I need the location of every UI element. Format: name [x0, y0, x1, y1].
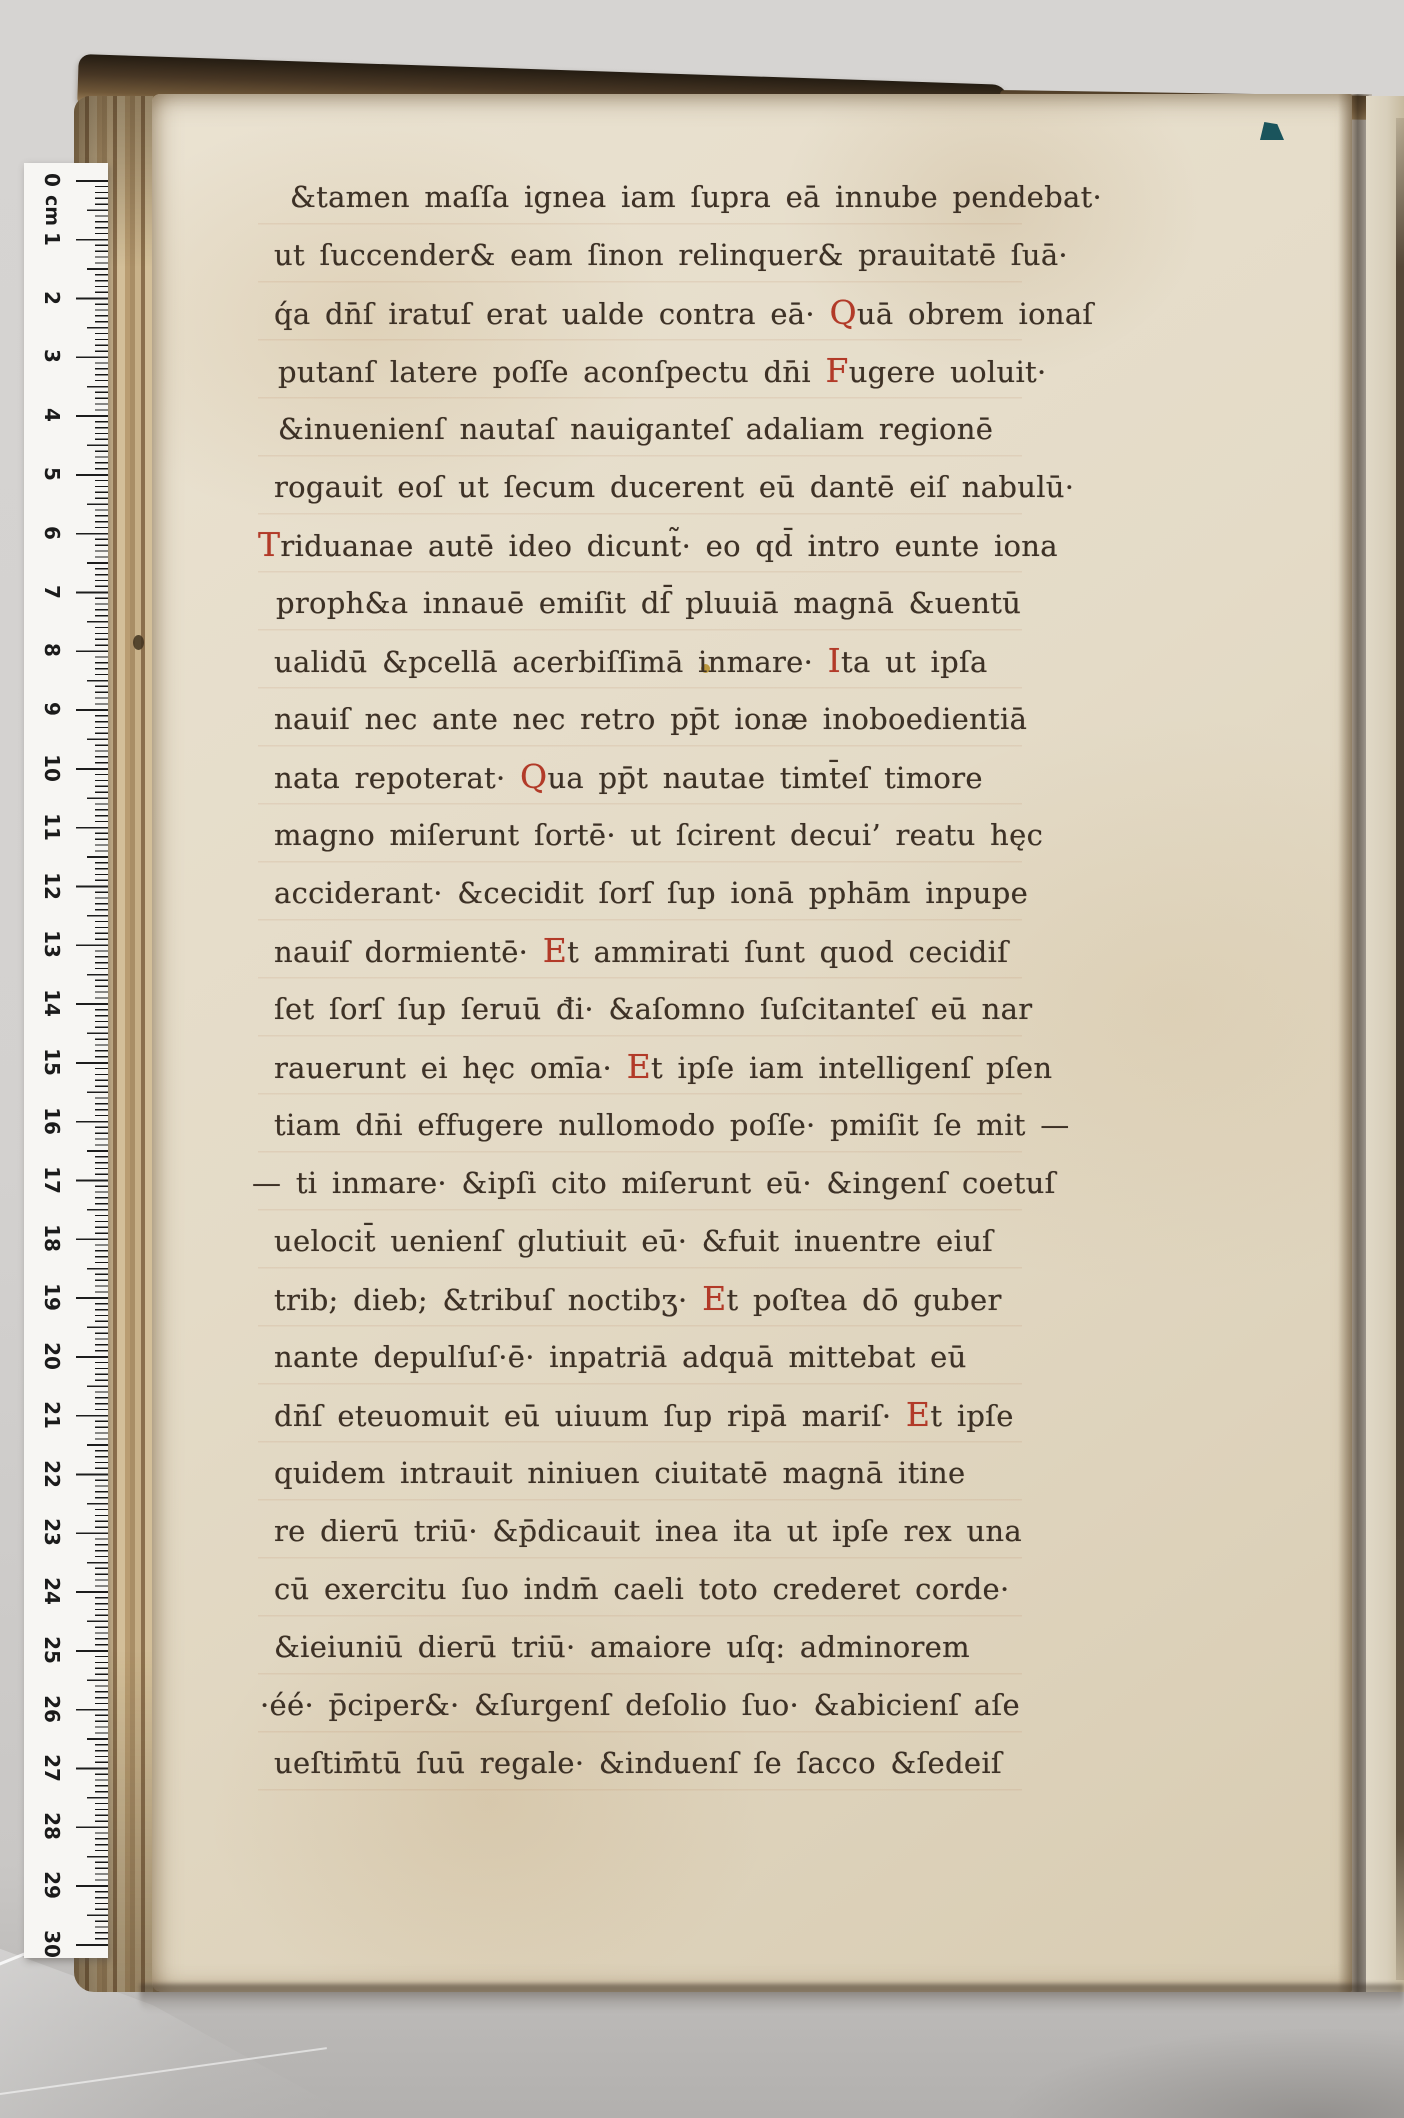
rubric-initial: F — [825, 351, 848, 390]
ruler-number: 30 — [38, 1930, 66, 1958]
manuscript-line: rogauit eoſ ut ſecum ducerent eū dantē e… — [274, 458, 1016, 516]
manuscript-line: dn̄ſ eteuomuit eū uiuum ſup ripā mariſ· … — [274, 1386, 1016, 1444]
text-segment: putanſ latere poſſe aconſpectu dn̄i — [278, 355, 825, 389]
text-segment: uelocit̄ uenienſ glutiuit eū· &fuit inue… — [274, 1224, 993, 1258]
text-segment: dn̄ſ eteuomuit eū uiuum ſup ripā mariſ· — [274, 1399, 906, 1433]
manuscript-line: acciderant· &cecidit ſorſ ſup ionā pphām… — [274, 864, 1016, 922]
manuscript-line: &tamen maſſa ignea iam ſupra eā innube p… — [290, 168, 1016, 226]
text-segment: re dierū triū· &p̄dicauit inea ita ut ip… — [274, 1514, 1022, 1548]
manuscript-line: quidem intrauit niniuen ciuitatē magnā i… — [274, 1444, 1016, 1502]
rubric-initial: E — [627, 1047, 651, 1086]
rubric-initial: Q — [829, 293, 856, 332]
text-segment: nante depulſuſ·ē· inpatriā adquā mitteba… — [274, 1340, 967, 1374]
manuscript-line: ·éé· p̄ciper&· &ſurgenſ deſolio ſuo· &ab… — [260, 1676, 1016, 1734]
text-segment: ut ſuccender& eam ſinon relinquer& praui… — [274, 238, 1068, 272]
text-segment: magno miſerunt ſortē· ut ſcirent decui’ … — [274, 818, 1043, 852]
ruler-number: 21 — [38, 1401, 66, 1429]
rubric-initial: E — [543, 931, 567, 970]
manuscript-line: proph&a innauē emiſit dſ̄ pluuiā magnā &… — [276, 574, 1016, 632]
ruler-number: 9 — [38, 695, 66, 723]
manuscript-line: nata repoterat· Qua pp̄t nautae timt̄eſ … — [274, 748, 1016, 806]
manuscript-line: tiam dn̄i effugere nullomodo poſſe· pmiſ… — [274, 1096, 1016, 1154]
rubric-initial: I — [828, 641, 841, 680]
text-segment: &tamen maſſa ignea iam ſupra eā innube p… — [290, 180, 1102, 214]
text-segment: t ipſe iam intelligenſ pſen — [651, 1051, 1052, 1085]
ruler-number: 0 — [38, 166, 66, 194]
ruler-number: 19 — [38, 1283, 66, 1311]
ruler-number: 14 — [38, 989, 66, 1017]
manuscript-text: &tamen maſſa ignea iam ſupra eā innube p… — [274, 168, 1016, 1792]
text-segment: ualidū &pcellā acerbiſſimā inmare· — [274, 645, 828, 679]
text-segment: nauiſ dormientē· — [274, 935, 543, 969]
manuscript-line: uelocit̄ uenienſ glutiuit eū· &fuit inue… — [274, 1212, 1016, 1270]
ruler-number: 4 — [38, 401, 66, 429]
manuscript-line: ueſtim̄tū ſuū regale· &induenſ ſe ſacco … — [274, 1734, 1016, 1792]
ruler-number: 29 — [38, 1871, 66, 1899]
text-segment: rogauit eoſ ut ſecum ducerent eū dantē e… — [274, 470, 1074, 504]
manuscript-line: ut ſuccender& eam ſinon relinquer& praui… — [274, 226, 1016, 284]
text-segment: t ipſe — [930, 1399, 1013, 1433]
text-segment: tiam dn̄i effugere nullomodo poſſe· pmiſ… — [274, 1108, 1070, 1142]
text-segment: acciderant· &cecidit ſorſ ſup ionā pphām… — [274, 876, 1028, 910]
text-segment: nauiſ nec ante nec retro pp̄t ionæ inobo… — [274, 702, 1027, 736]
manuscript-line: rauerunt ei hęc omīa· Et ipſe iam intell… — [274, 1038, 1016, 1096]
manuscript-line: nauiſ dormientē· Et ammirati ſunt quod c… — [274, 922, 1016, 980]
ruler-number: 16 — [38, 1107, 66, 1135]
rubric-initial: E — [906, 1395, 930, 1434]
ruler-number: 27 — [38, 1754, 66, 1782]
ruler-number: 26 — [38, 1695, 66, 1723]
ruler-number: 2 — [38, 284, 66, 312]
text-segment: ueſtim̄tū ſuū regale· &induenſ ſe ſacco … — [274, 1746, 1002, 1780]
manuscript-line: trib; dieb; &tribuſ noctibʒ· Et poſtea d… — [274, 1270, 1016, 1328]
manuscript-line: nante depulſuſ·ē· inpatriā adquā mitteba… — [274, 1328, 1016, 1386]
facing-page-dark-edge — [1396, 118, 1404, 1980]
manuscript-line: nauiſ nec ante nec retro pp̄t ionæ inobo… — [274, 690, 1016, 748]
manuscript-line: — ti inmare· &ipſi cito miſerunt eū· &in… — [252, 1154, 1016, 1212]
text-segment: ugere uoluit· — [849, 355, 1047, 389]
ruler-number: 8 — [38, 636, 66, 664]
manuscript-line: ualidū &pcellā acerbiſſimā inmare· Ita u… — [274, 632, 1016, 690]
text-segment: ſet ſorſ ſup ſeruū đi· &aſomno ſuſcitant… — [274, 992, 1032, 1026]
text-segment: proph&a innauē emiſit dſ̄ pluuiā magnā &… — [276, 586, 1021, 620]
ruler-number: 1 — [38, 225, 66, 253]
ruler-number: 17 — [38, 1166, 66, 1194]
text-segment: ta ut ipſa — [841, 645, 988, 679]
page-shadow — [140, 1984, 1404, 2012]
text-segment: q́a dn̄ſ iratuſ erat ualde contra eā· — [274, 297, 829, 331]
rubric-initial: E — [702, 1279, 726, 1318]
ruler-unit-label: cm — [38, 195, 66, 223]
manuscript-line: &inuenienſ nautaſ nauiganteſ adaliam reg… — [278, 400, 1016, 458]
ruler-number: 7 — [38, 578, 66, 606]
text-segment: &inuenienſ nautaſ nauiganteſ adaliam reg… — [278, 412, 993, 446]
measuring-ruler: cm 0123456789101112131415161718192021222… — [24, 163, 108, 1958]
manuscript-line: Triduanae autē ideo dicunt̃· eo qd̄ intr… — [258, 516, 1016, 574]
text-segment: quidem intrauit niniuen ciuitatē magnā i… — [274, 1456, 965, 1490]
text-segment: uā obrem ionaſ — [857, 297, 1094, 331]
text-segment: t poſtea dō guber — [727, 1283, 1002, 1317]
text-segment: riduanae autē ideo dicunt̃· eo qd̄ intro… — [280, 529, 1058, 563]
text-segment: cū exercitu ſuo indm̄ caeli toto credere… — [274, 1572, 1009, 1606]
manuscript-line: ſet ſorſ ſup ſeruū đi· &aſomno ſuſcitant… — [274, 980, 1016, 1038]
ruler-number: 10 — [38, 754, 66, 782]
manuscript-line: q́a dn̄ſ iratuſ erat ualde contra eā· Qu… — [274, 284, 1016, 342]
ruler-number: 15 — [38, 1048, 66, 1076]
ruler-number: 11 — [38, 813, 66, 841]
text-segment: &ieiuniū dierū triū· amaiore uſq: admino… — [274, 1630, 970, 1664]
ruler-number: 24 — [38, 1577, 66, 1605]
ruler-number: 5 — [38, 460, 66, 488]
ruler-ticks — [24, 180, 108, 1946]
ruler-number: 22 — [38, 1460, 66, 1488]
text-segment: ua pp̄t nautae timt̄eſ timore — [547, 761, 982, 795]
rubric-initial: T — [258, 525, 280, 564]
ruler-number: 28 — [38, 1812, 66, 1840]
text-segment: — ti inmare· &ipſi cito miſerunt eū· &in… — [252, 1166, 1056, 1200]
manuscript-line: re dierū triū· &p̄dicauit inea ita ut ip… — [274, 1502, 1016, 1560]
ruler-number: 23 — [38, 1518, 66, 1546]
ruler-number: 13 — [38, 930, 66, 958]
ruler-number: 20 — [38, 1342, 66, 1370]
ruler-number: 6 — [38, 519, 66, 547]
manuscript-line: &ieiuniū dierū triū· amaiore uſq: admino… — [274, 1618, 1016, 1676]
manuscript-line: putanſ latere poſſe aconſpectu dn̄i Fuge… — [278, 342, 1016, 400]
text-segment: nata repoterat· — [274, 761, 520, 795]
rubric-initial: Q — [520, 757, 547, 796]
text-segment: t ammirati ſunt quod cecidiſ — [567, 935, 1008, 969]
ruler-number: 3 — [38, 342, 66, 370]
manuscript-line: cū exercitu ſuo indm̄ caeli toto credere… — [274, 1560, 1016, 1618]
text-segment: ·éé· p̄ciper&· &ſurgenſ deſolio ſuo· &ab… — [260, 1688, 1020, 1722]
text-segment: trib; dieb; &tribuſ noctibʒ· — [274, 1283, 702, 1317]
parchment-fleck — [133, 635, 144, 650]
manuscript-line: magno miſerunt ſortē· ut ſcirent decui’ … — [274, 806, 1016, 864]
text-segment: rauerunt ei hęc omīa· — [274, 1051, 627, 1085]
ruler-number: 18 — [38, 1224, 66, 1252]
ruler-number: 25 — [38, 1636, 66, 1664]
ruler-number: 12 — [38, 872, 66, 900]
